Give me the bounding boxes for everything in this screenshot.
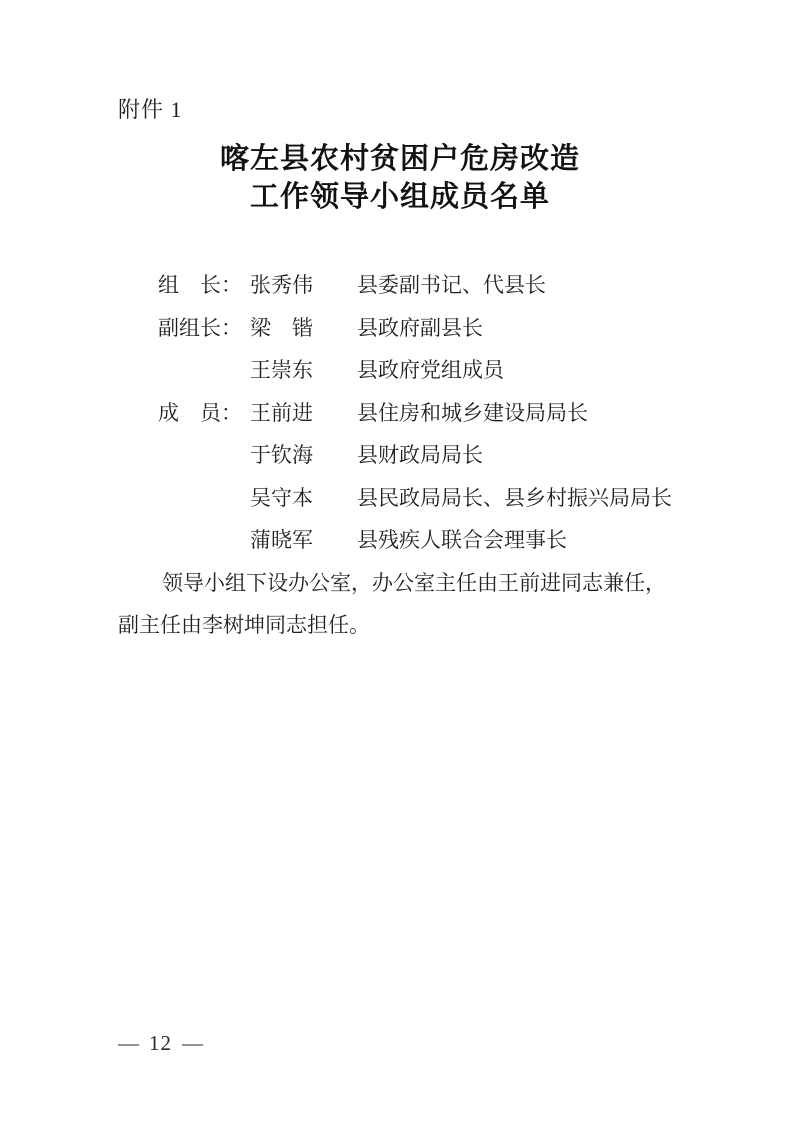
roster-role <box>158 434 250 477</box>
roster-row: 吴守本 县民政局局长、县乡村振兴局局长 <box>118 477 700 520</box>
attachment-label: 附件 1 <box>118 96 183 124</box>
roster-position: 县民政局局长、县乡村振兴局局长 <box>357 477 700 520</box>
roster-role <box>158 519 250 562</box>
roster-name: 王前进 <box>250 392 357 435</box>
roster-position: 县残疾人联合会理事长 <box>357 519 700 562</box>
roster-role: 副组长： <box>158 307 250 350</box>
roster-role <box>158 349 250 392</box>
roster-position: 县政府副县长 <box>357 307 700 350</box>
office-note-line2: 副主任由李树坤同志担任。 <box>118 604 700 647</box>
document-title-line2: 工作领导小组成员名单 <box>0 178 800 216</box>
roster-role: 组 长： <box>158 264 250 307</box>
roster-name: 吴守本 <box>250 477 357 520</box>
footer-right-dash: — <box>182 1029 203 1057</box>
page-footer: — 12 — <box>118 1029 203 1057</box>
document-title: 喀左县农村贫困户危房改造 工作领导小组成员名单 <box>0 140 800 216</box>
document-title-line1: 喀左县农村贫困户危房改造 <box>0 140 800 178</box>
roster-name: 于钦海 <box>250 434 357 477</box>
roster-name: 王崇东 <box>250 349 357 392</box>
office-note-line1: 领导小组下设办公室，办公室主任由王前进同志兼任， <box>118 562 700 605</box>
roster-row: 副组长： 梁 锴 县政府副县长 <box>118 307 700 350</box>
roster-row: 于钦海 县财政局局长 <box>118 434 700 477</box>
roster-row: 蒲晓军 县残疾人联合会理事长 <box>118 519 700 562</box>
roster-row: 王崇东 县政府党组成员 <box>118 349 700 392</box>
document-page: 附件 1 喀左县农村贫困户危房改造 工作领导小组成员名单 组 长： 张秀伟 县委… <box>0 0 800 1130</box>
roster-position: 县住房和城乡建设局局长 <box>357 392 700 435</box>
roster-row: 组 长： 张秀伟 县委副书记、代县长 <box>118 264 700 307</box>
document-body: 组 长： 张秀伟 县委副书记、代县长 副组长： 梁 锴 县政府副县长 王崇东 县… <box>118 264 700 647</box>
footer-left-dash: — <box>118 1029 139 1057</box>
roster-row: 成 员： 王前进 县住房和城乡建设局局长 <box>118 392 700 435</box>
roster-role <box>158 477 250 520</box>
roster-position: 县政府党组成员 <box>357 349 700 392</box>
roster-name: 张秀伟 <box>250 264 357 307</box>
roster-position: 县财政局局长 <box>357 434 700 477</box>
page-number: 12 <box>149 1029 172 1057</box>
roster-role: 成 员： <box>158 392 250 435</box>
roster-name: 蒲晓军 <box>250 519 357 562</box>
roster-name: 梁 锴 <box>250 307 357 350</box>
roster-position: 县委副书记、代县长 <box>357 264 700 307</box>
